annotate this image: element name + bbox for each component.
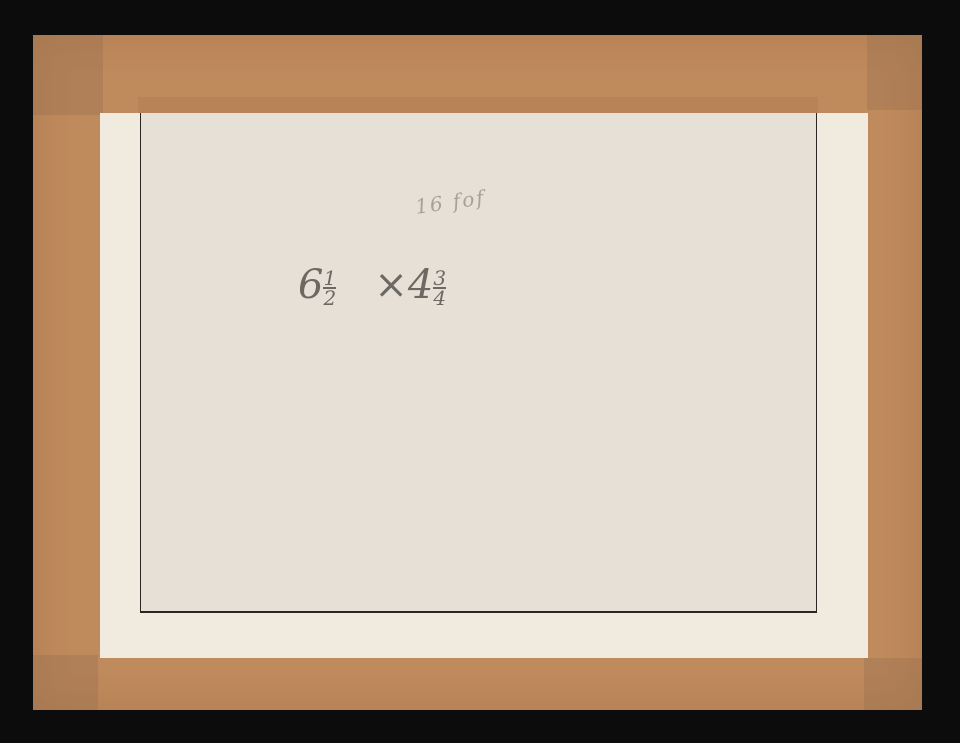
dim-frac-b-num: 3 (433, 269, 446, 287)
dim-frac-a-den: 2 (323, 287, 336, 307)
tape-corner-top-left (33, 35, 103, 115)
dim-fraction-a: 12 (323, 269, 336, 307)
dim-frac-b-den: 4 (433, 287, 446, 307)
dim-frac-a-num: 1 (323, 269, 336, 287)
dim-whole-b: 4 (408, 262, 433, 308)
tape-strip-top (138, 97, 818, 114)
dim-fraction-b: 34 (433, 269, 446, 307)
pencil-dimensions-note: 612 ×434 (298, 262, 446, 308)
tape-corner-bottom-right (864, 658, 922, 710)
dim-times: × (374, 262, 408, 308)
dim-whole-a: 6 (298, 262, 323, 308)
tape-corner-top-right (867, 35, 922, 110)
tape-corner-bottom-left (33, 655, 98, 710)
